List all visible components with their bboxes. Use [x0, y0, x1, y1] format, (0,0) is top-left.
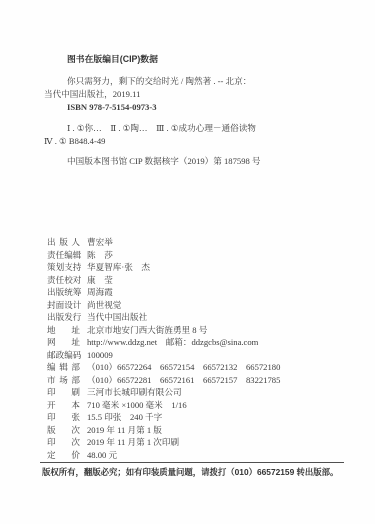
colophon-row-cover-design: 封面设计尚世视觉 — [47, 299, 280, 312]
divider-rule — [40, 462, 344, 463]
copyright-notice: 版权所有，翻版必究；如有印装质量问题，请拨打（010）66572159 转出版部… — [42, 467, 352, 478]
colophon-value: 三河市长城印刷有限公司 — [87, 387, 182, 397]
colophon-value: 北京市地安门西大街旌勇里 8 号 — [87, 325, 207, 335]
colophon-label: 封面设计 — [47, 299, 80, 312]
colophon-row-responsible-editor: 责任编辑陈 莎 — [47, 249, 280, 262]
colophon-value: （010）66572264 66572154 66572132 66572180 — [87, 362, 280, 372]
colophon-label: 印刷 — [47, 386, 80, 399]
colophon-label: 印张 — [47, 411, 80, 424]
colophon-row-editorial-dept-phones: 编辑部（010）66572264 66572154 66572132 66572… — [47, 361, 280, 374]
colophon-row-price: 定价48.00 元 — [47, 449, 280, 462]
colophon-label: 责任校对 — [47, 274, 80, 287]
colophon-value: 当代中国出版社 — [87, 312, 147, 322]
colophon-label: 出版发行 — [47, 311, 80, 324]
colophon-label: 出版人 — [47, 236, 80, 249]
colophon-value: 15.5 印张 240 千字 — [87, 412, 162, 422]
colophon-value: 曹宏举 — [87, 237, 113, 247]
cip-header: 图书在版编目(CIP)数据 — [67, 52, 158, 65]
book-copyright-page: 图书在版编目(CIP)数据 你只需努力，剩下的交给时光 / 陶然著 . -- 北… — [0, 0, 375, 524]
colophon-value: 2019 年 11 月第 1 次印刷 — [87, 437, 179, 447]
colophon-row-sheets-words: 印张15.5 印张 240 千字 — [47, 411, 280, 424]
colophon-row-publisher-person: 出版人曹宏举 — [47, 236, 280, 249]
colophon-label: 责任编辑 — [47, 249, 80, 262]
colophon-label: 定价 — [47, 449, 80, 462]
colophon-label: 策划支持 — [47, 261, 80, 274]
colophon-value: 陈 莎 — [87, 250, 113, 260]
colophon-value: 710 毫米 ×1000 毫米 1/16 — [87, 400, 187, 410]
colophon-value: 2019 年 11 月第 1 版 — [87, 425, 162, 435]
colophon-label: 印次 — [47, 436, 80, 449]
colophon-row-marketing-dept-phones: 市场部（010）66572281 66572161 66572157 83221… — [47, 374, 280, 387]
colophon-table: 出版人曹宏举 责任编辑陈 莎 策划支持华夏智库·张 杰 责任校对康 莹 出版统筹… — [47, 236, 280, 461]
colophon-value: 康 莹 — [87, 275, 113, 285]
cip-title-line: 你只需努力，剩下的交给时光 / 陶然著 . -- 北京： — [67, 76, 251, 87]
colophon-row-website-email: 网址http://www.ddzg.net 邮箱：ddzgcbs@sina.co… — [47, 336, 280, 349]
colophon-row-planning-support: 策划支持华夏智库·张 杰 — [47, 261, 280, 274]
colophon-value: 尚世视觉 — [87, 300, 121, 310]
colophon-value: 100009 — [87, 350, 113, 360]
cip-isbn-line: ISBN 978-7-5154-0973-3 — [67, 102, 157, 113]
colophon-value: 华夏智库·张 杰 — [87, 262, 150, 272]
cip-record-line: 中国版本图书馆 CIP 数据核字（2019）第 187598 号 — [67, 156, 261, 167]
cip-classification-line-2: Ⅳ . ① B848.4-49 — [44, 136, 105, 147]
colophon-label: 开本 — [47, 399, 80, 412]
colophon-row-printer: 印刷三河市长城印刷有限公司 — [47, 386, 280, 399]
colophon-value: http://www.ddzg.net 邮箱：ddzgcbs@sina.com — [87, 337, 258, 347]
colophon-label: 版次 — [47, 424, 80, 437]
colophon-row-postal-code: 邮政编码100009 — [47, 349, 280, 362]
colophon-label: 地址 — [47, 324, 80, 337]
cip-publisher-line: 当代中国出版社，2019.11 — [44, 89, 140, 100]
colophon-label: 市场部 — [47, 374, 80, 387]
colophon-row-edition: 版次2019 年 11 月第 1 版 — [47, 424, 280, 437]
colophon-row-format: 开本710 毫米 ×1000 毫米 1/16 — [47, 399, 280, 412]
colophon-label: 网址 — [47, 336, 80, 349]
colophon-label: 编辑部 — [47, 361, 80, 374]
colophon-value: 48.00 元 — [87, 450, 117, 460]
colophon-label: 邮政编码 — [47, 349, 80, 362]
colophon-row-printing: 印次2019 年 11 月第 1 次印刷 — [47, 436, 280, 449]
colophon-value: 周海霞 — [87, 287, 113, 297]
colophon-row-address: 地址北京市地安门西大街旌勇里 8 号 — [47, 324, 280, 337]
colophon-row-publication-coordinator: 出版统筹周海霞 — [47, 286, 280, 299]
colophon-row-publisher: 出版发行当代中国出版社 — [47, 311, 280, 324]
colophon-value: （010）66572281 66572161 66572157 83221785 — [87, 375, 280, 385]
colophon-label: 出版统筹 — [47, 286, 80, 299]
cip-classification-line-1: Ⅰ . ①你… Ⅱ . ①陶… Ⅲ . ①成功心理－通俗读物 — [67, 123, 256, 134]
colophon-row-proofreader: 责任校对康 莹 — [47, 274, 280, 287]
